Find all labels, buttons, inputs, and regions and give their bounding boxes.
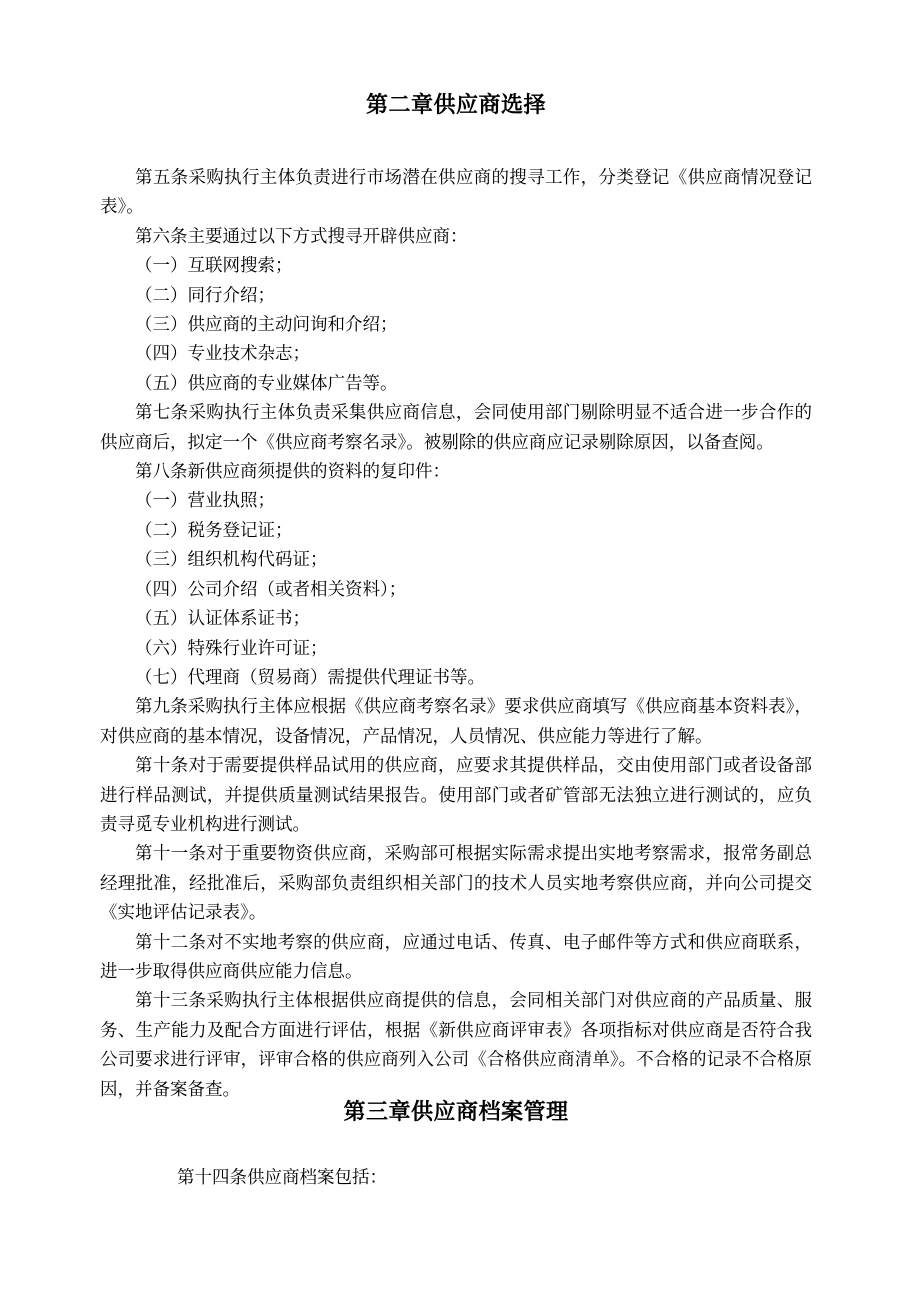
paragraph: （六）特殊行业许可证； [100,634,812,663]
chapter3-body: 第十四条供应商档案包括： [100,1163,812,1192]
paragraph: 第十一条对于重要物资供应商，采购部可根据实际需求提出实地考察需求，报常务副总经理… [100,839,812,927]
document-page: 第二章供应商选择 第五条采购执行主体负责进行市场潜在供应商的搜寻工作，分类登记《… [0,0,920,1301]
paragraph: 第十三条采购执行主体根据供应商提供的信息，会同相关部门对供应商的产品质量、服务、… [100,986,812,1104]
paragraph: （七）代理商（贸易商）需提供代理证书等。 [100,663,812,692]
paragraph: 第八条新供应商须提供的资料的复印件： [100,457,812,486]
paragraph: 第七条采购执行主体负责采集供应商信息，会同使用部门剔除明显不适合进一步合作的供应… [100,398,812,457]
paragraph: （二）税务登记证； [100,516,812,545]
paragraph: （五）供应商的专业媒体广告等。 [100,369,812,398]
paragraph: （二）同行介绍； [100,281,812,310]
paragraph: 第十条对于需要提供样品试用的供应商，应要求其提供样品，交由使用部门或者设备部进行… [100,751,812,839]
paragraph: （五）认证体系证书； [100,604,812,633]
paragraph: （四）专业技术杂志； [100,339,812,368]
paragraph: 第十二条对不实地考察的供应商，应通过电话、传真、电子邮件等方式和供应商联系，进一… [100,928,812,987]
paragraph: 第十四条供应商档案包括： [100,1163,812,1192]
paragraph: 第六条主要通过以下方式搜寻开辟供应商： [100,222,812,251]
paragraph: （四）公司介绍（或者相关资料）； [100,575,812,604]
paragraph: （一）营业执照； [100,486,812,515]
paragraph: 第九条采购执行主体应根据《供应商考察名录》要求供应商填写《供应商基本资料表》，对… [100,692,812,751]
paragraph: （一）互联网搜索； [100,251,812,280]
paragraph: （三）供应商的主动问询和介绍； [100,310,812,339]
chapter2-title: 第二章供应商选择 [100,90,812,120]
chapter2-body: 第五条采购执行主体负责进行市场潜在供应商的搜寻工作，分类登记《供应商情况登记表》… [100,163,812,1104]
paragraph: （三）组织机构代码证； [100,545,812,574]
paragraph: 第五条采购执行主体负责进行市场潜在供应商的搜寻工作，分类登记《供应商情况登记表》… [100,163,812,222]
